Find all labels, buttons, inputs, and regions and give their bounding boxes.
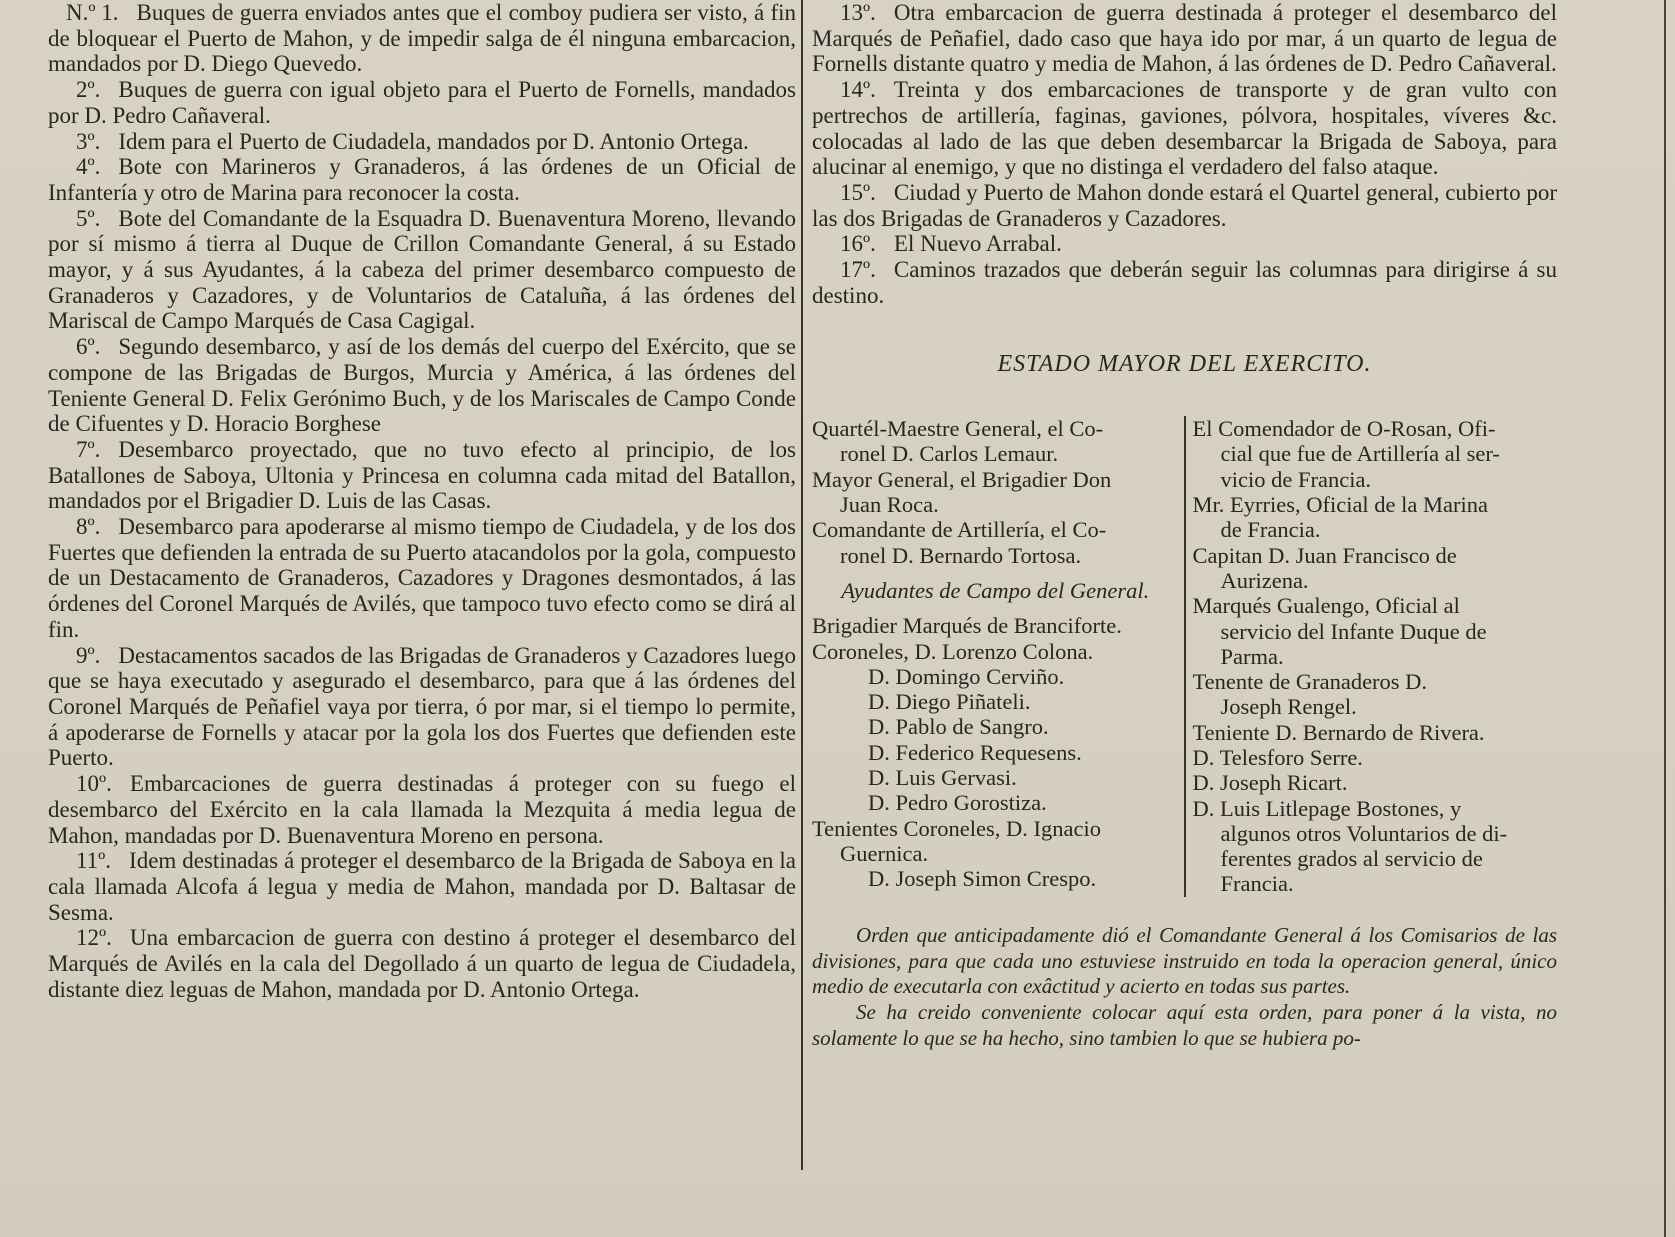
legend-item-15: 15º.Ciudad y Puerto de Mahon donde estar… [812,180,1557,231]
aides-heading: Ayudantes de Campo del General. [812,578,1178,603]
staff-table: Quartél-Maestre General, el Co-ronel D. … [812,416,1557,897]
staff-entry: El Comendador de O-Rosan, Ofi-cial que f… [1192,416,1557,492]
page-edge-rule [1664,0,1666,1237]
staff-entry: Marqués Gualengo, Oficial alservicio del… [1192,593,1557,669]
legend-item-17: 17º.Caminos trazados que deberán seguir … [812,257,1557,308]
staff-entry: Tenientes Coroneles, D. IgnacioGuernica. [812,816,1178,867]
legend-item-11: 11º.Idem destinadas á proteger el desemb… [48,848,796,925]
column-divider [801,0,803,1170]
staff-entry: Capitan D. Juan Francisco deAurizena. [1192,543,1557,594]
staff-entry: Brigadier Marqués de Branciforte. [812,613,1178,638]
order-paragraph: Orden que anticipadamente dió el Comanda… [812,923,1557,1000]
legend-item-1: N.º 1.Buques de guerra enviados antes qu… [48,0,796,77]
colonel-name: D. Pablo de Sangro. [812,714,1178,739]
section-heading: ESTADO MAYOR DEL EXERCITO. [812,352,1557,378]
order-text: Orden que anticipadamente dió el Comanda… [812,923,1557,1052]
staff-entry: D. Luis Litlepage Bostones, yalgunos otr… [1192,796,1557,897]
legend-item-7: 7º.Desembarco proyectado, que no tuvo ef… [48,437,796,514]
legend-item-16: 16º.El Nuevo Arrabal. [812,231,1557,257]
legend-item-6: 6º.Segundo desembarco, y así de los demá… [48,334,796,437]
colonel-name: D. Luis Gervasi. [812,765,1178,790]
legend-item-3: 3º.Idem para el Puerto de Ciudadela, man… [48,129,796,155]
legend-item-5: 5º.Bote del Comandante de la Esquadra D.… [48,206,796,335]
colonel-name: D. Federico Requesens. [812,740,1178,765]
right-column: 13º.Otra embarcacion de guerra destinada… [812,0,1557,1052]
legend-item-14: 14º.Treinta y dos embarcaciones de trans… [812,77,1557,180]
staff-entry: Quartél-Maestre General, el Co-ronel D. … [812,416,1178,467]
staff-right-list: El Comendador de O-Rosan, Ofi-cial que f… [1186,416,1557,897]
legend-item-9: 9º.Destacamentos sacados de las Brigadas… [48,643,796,772]
legend-item-13: 13º.Otra embarcacion de guerra destinada… [812,0,1557,77]
staff-entry: D. Telesforo Serre. [1192,745,1557,770]
colonel-name: D. Domingo Cerviño. [812,664,1178,689]
staff-left-list: Quartél-Maestre General, el Co-ronel D. … [812,416,1186,897]
legend-item-8: 8º.Desembarco para apoderarse al mismo t… [48,514,796,643]
legend-item-12: 12º.Una embarcacion de guerra con destin… [48,925,796,1002]
legend-item-2: 2º.Buques de guerra con igual objeto par… [48,77,796,128]
document-page: N.º 1.Buques de guerra enviados antes qu… [0,0,1675,1237]
colonel-name: D. Pedro Gorostiza. [812,790,1178,815]
legend-item-4: 4º.Bote con Marineros y Granaderos, á la… [48,154,796,205]
lt-colonel-name: D. Joseph Simon Crespo. [812,866,1178,891]
staff-entry: Mayor General, el Brigadier DonJuan Roca… [812,467,1178,518]
staff-entry: Coroneles, D. Lorenzo Colona. [812,639,1178,664]
staff-entry: Tenente de Granaderos D.Joseph Rengel. [1192,669,1557,720]
order-paragraph: Se ha creido conveniente colocar aquí es… [812,1000,1557,1052]
staff-entry: D. Joseph Ricart. [1192,770,1557,795]
staff-entry: Mr. Eyrries, Oficial de la Marinade Fran… [1192,492,1557,543]
staff-entry: Comandante de Artillería, el Co-ronel D.… [812,517,1178,568]
staff-entry: Teniente D. Bernardo de Rivera. [1192,720,1557,745]
left-column: N.º 1.Buques de guerra enviados antes qu… [48,0,796,1002]
colonel-name: D. Diego Piñateli. [812,689,1178,714]
legend-item-10: 10º.Embarcaciones de guerra destinadas á… [48,771,796,848]
